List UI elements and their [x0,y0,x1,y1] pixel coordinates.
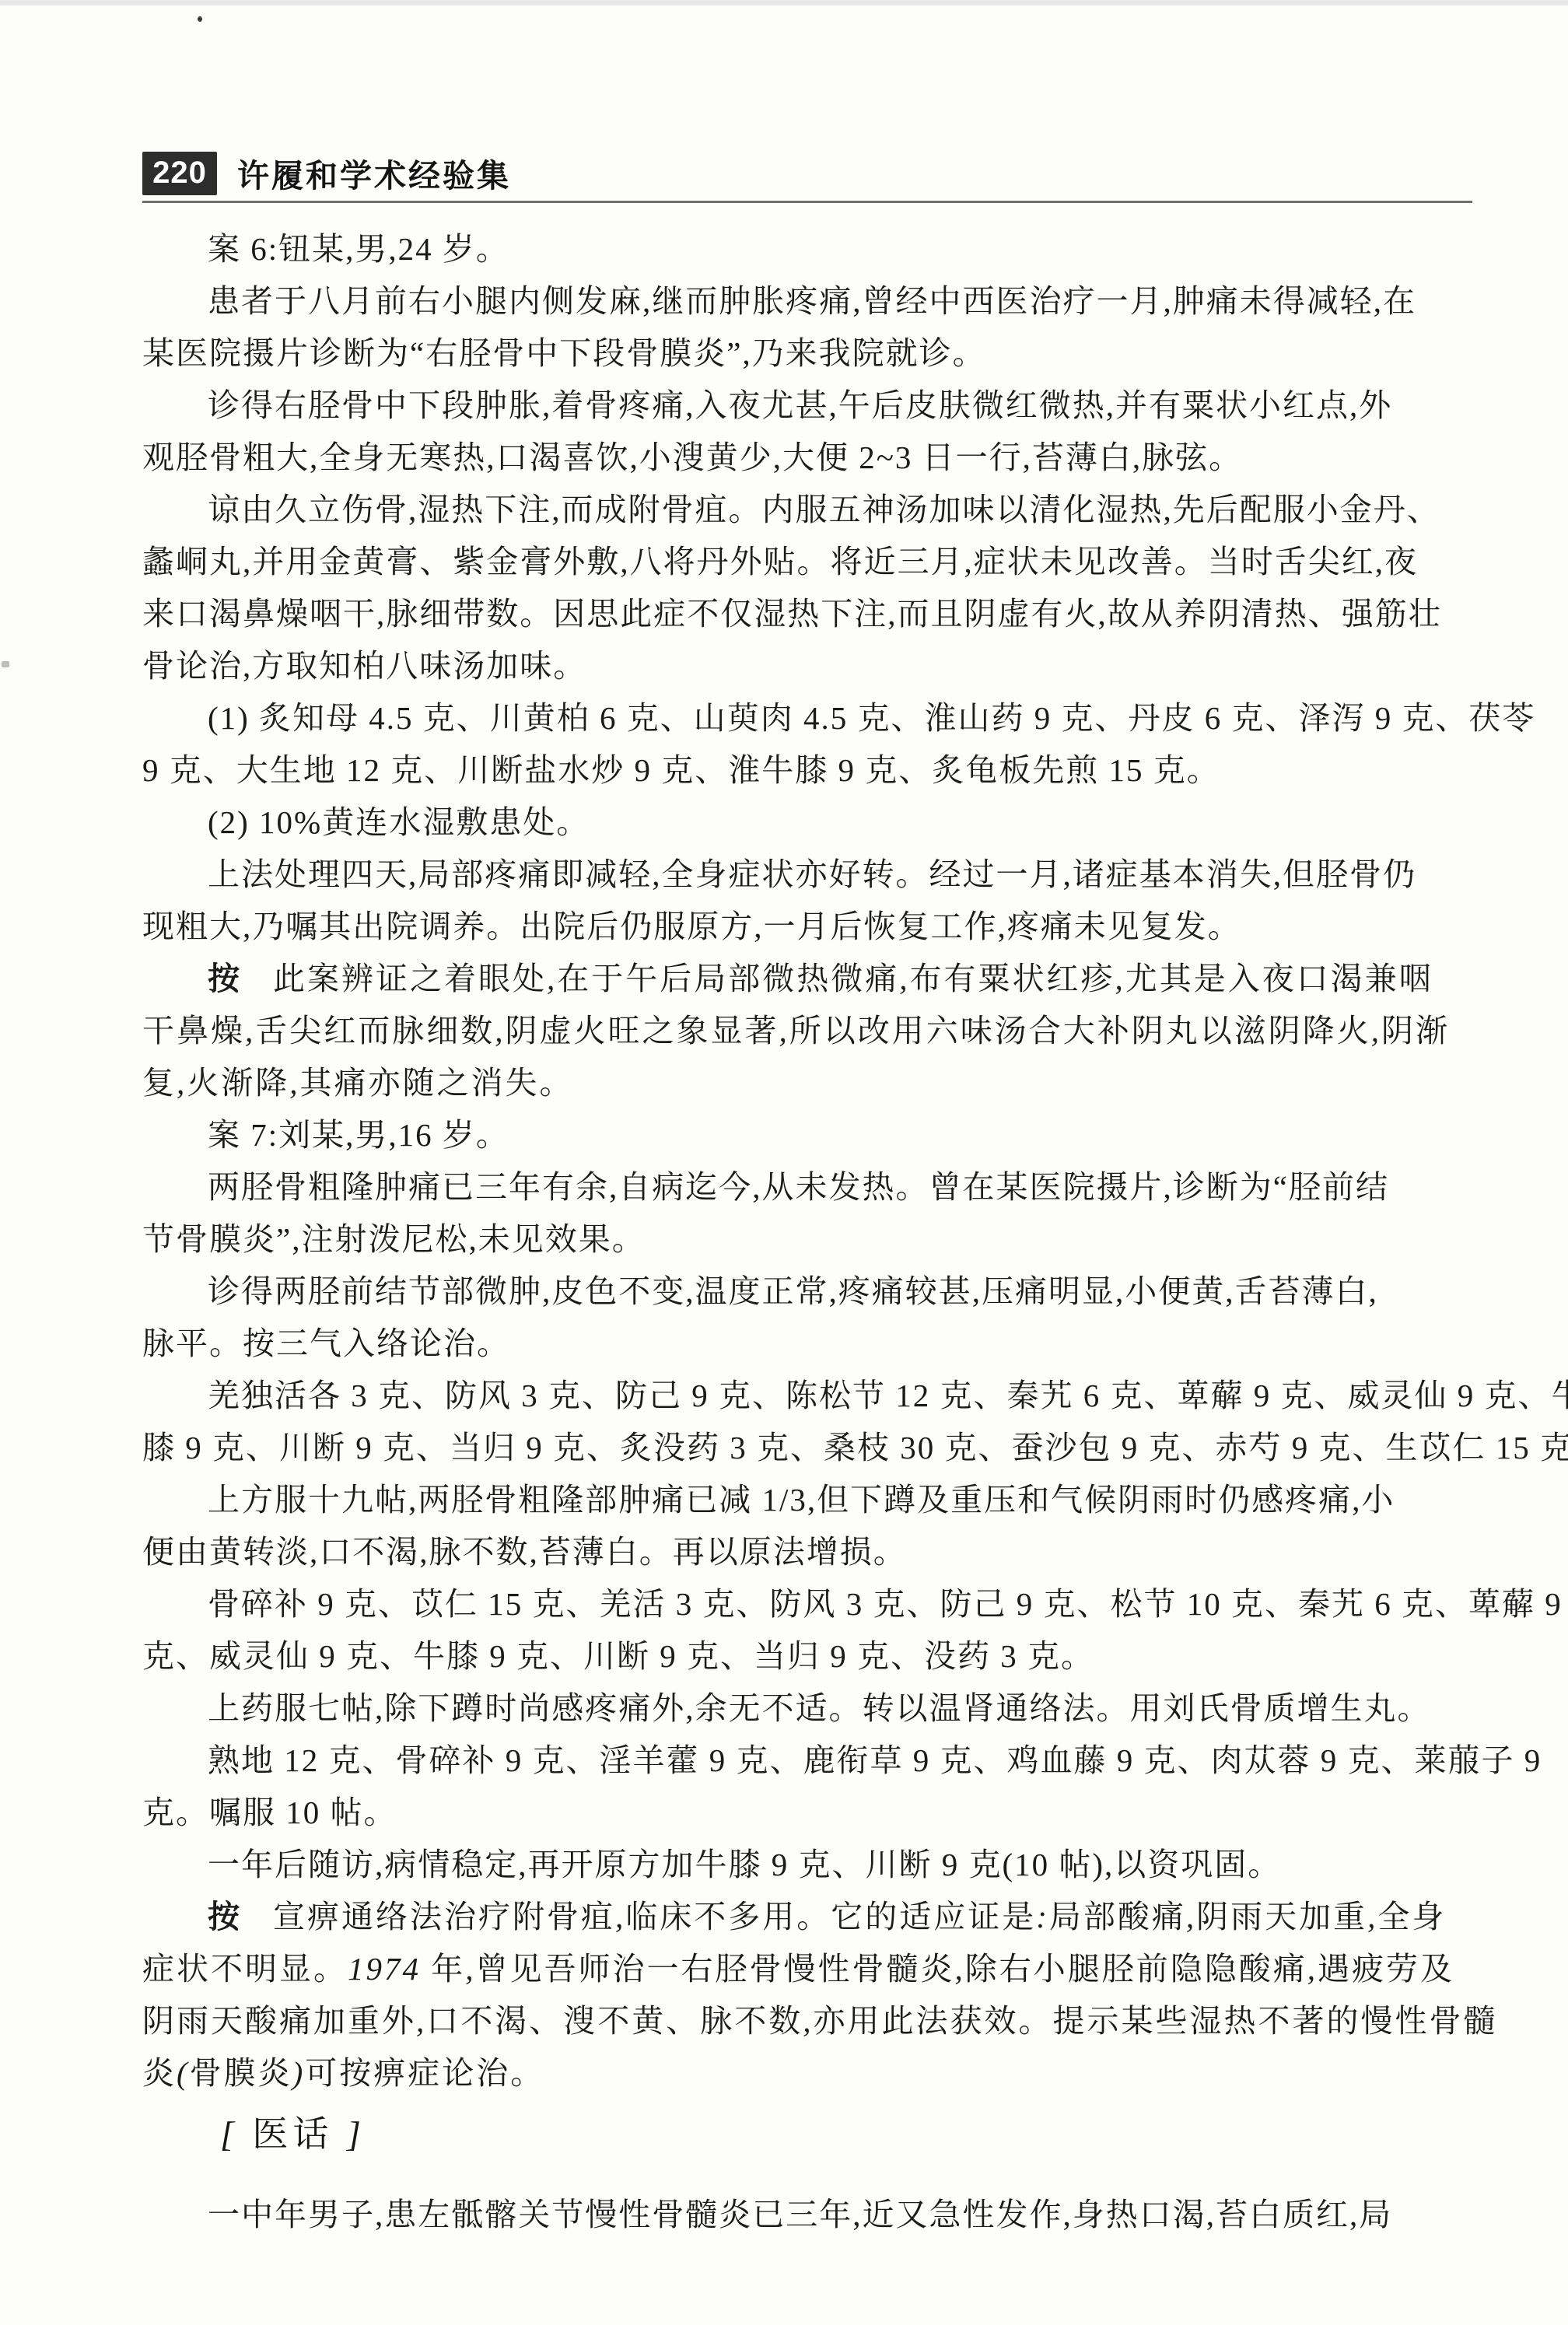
text-line: 上药服七帖,除下蹲时尚感疼痛外,余无不适。转以温肾通络法。用刘氏骨质增生丸。 [142,1682,1474,1735]
text-line: 克、威灵仙 9 克、牛膝 9 克、川断 9 克、当归 9 克、没药 3 克。 [142,1630,1474,1682]
ink-dot-artifact [198,16,202,22]
text-line: 案 7:刘某,男,16 岁。 [142,1109,1474,1161]
text-line-content: 膝 9 克、川断 9 克、当归 9 克、炙没药 3 克、桑枝 30 克、蚕沙包 … [142,1430,1568,1465]
text-line-content: 患者于八月前右小腿内侧发麻,继而肿胀疼痛,曾经中西医治疗一月,肿痛未得减轻,在 [208,283,1416,319]
annotation-lead-char: 按 [208,961,242,996]
text-line-content: 上方服十九帖,两胫骨粗隆部肿痛已减 1/3,但下蹲及重压和气候阴雨时仍感疼痛,小 [208,1482,1395,1518]
text-line-content: 克。嘱服 10 帖。 [142,1795,397,1830]
text-line-content: 熟地 12 克、骨碎补 9 克、淫羊藿 9 克、鹿衔草 9 克、鸡血藤 9 克、… [208,1742,1542,1778]
text-line: 按宣痹通络法治疗附骨疽,临床不多用。它的适应证是:局部酸痛,阴雨天加重,全身 [142,1891,1474,1943]
book-title: 许履和学术经验集 [237,150,511,196]
text-line: (2) 10%黄连水湿敷患处。 [142,797,1474,849]
text-line-content: 宣痹通络法治疗附骨疽,临床不多用。它的适应证是:局部酸痛,阴雨天加重,全身 [273,1899,1446,1935]
text-line: 便由黄转淡,口不渴,脉不数,苔薄白。再以原法增损。 [142,1526,1474,1578]
text-line: 某医院摄片诊断为“右胫骨中下段骨膜炎”,乃来我院就诊。 [142,327,1474,380]
text-line-content: 来口渴鼻燥咽干,脉细带数。因思此症不仅湿热下注,而且阴虚有火,故从养阴清热、强筋… [142,596,1442,632]
margin-speck-artifact [2,661,9,667]
text-line-content: 一年后随访,病情稳定,再开原方加牛膝 9 克、川断 9 克(10 帖),以资巩固… [208,1847,1281,1882]
text-line: 克。嘱服 10 帖。 [142,1787,1474,1839]
text-line-content: 症状不明显。1974 年,曾见吾师治一右胫骨慢性骨髓炎,除右小腿胫前隐隐酸痛,遇… [142,1951,1454,1987]
text-line: 阴雨天酸痛加重外,口不渴、溲不黄、脉不数,亦用此法获效。提示某些湿热不著的慢性骨… [142,1995,1474,2047]
text-line-content: 诊得两胫前结节部微肿,皮色不变,温度正常,疼痛较甚,压痛明显,小便黄,舌苔薄白, [208,1273,1378,1309]
text-line-content: 阴雨天酸痛加重外,口不渴、溲不黄、脉不数,亦用此法获效。提示某些湿热不著的慢性骨… [142,2003,1498,2039]
text-line: 骨论治,方取知柏八味汤加味。 [142,640,1474,692]
text-line-content: 骨碎补 9 克、苡仁 15 克、羌活 3 克、防风 3 克、防己 9 克、松节 … [208,1586,1563,1622]
text-line-content: 某医院摄片诊断为“右胫骨中下段骨膜炎”,乃来我院就诊。 [142,335,986,371]
text-line: 谅由久立伤骨,湿热下注,而成附骨疽。内服五神汤加味以清化湿热,先后配服小金丹、 [142,484,1474,536]
text-line-content: 节骨膜炎”,注射泼尼松,未见效果。 [142,1221,646,1257]
text-line: 一年后随访,病情稳定,再开原方加牛膝 9 克、川断 9 克(10 帖),以资巩固… [142,1839,1474,1891]
text-line-content: 骨论治,方取知柏八味汤加味。 [142,648,586,684]
annotation-lead-char: 按 [208,1899,242,1935]
case-text-block: 案 6:钮某,男,24 岁。 患者于八月前右小腿内侧发麻,继而肿胀疼痛,曾经中西… [142,223,1474,2099]
text-line: 诊得右胫骨中下段肿胀,着骨疼痛,入夜尤甚,午后皮肤微红微热,并有粟状小红点,外 [142,380,1474,432]
page-header: 220 许履和学术经验集 [142,150,1472,203]
text-line-content: 炎(骨膜炎)可按痹症论治。 [142,2055,544,2091]
text-line-content: (2) 10%黄连水湿敷患处。 [208,804,590,840]
text-line-content: 9 克、大生地 12 克、川断盐水炒 9 克、淮牛膝 9 克、炙龟板先煎 15 … [142,752,1220,788]
text-line-content: 干鼻燥,舌尖红而脉细数,阴虚火旺之象显著,所以改用六味汤合大补阴丸以滋阴降火,阴… [142,1013,1450,1049]
text-line: 来口渴鼻燥咽干,脉细带数。因思此症不仅湿热下注,而且阴虚有火,故从养阴清热、强筋… [142,588,1474,640]
text-line: 9 克、大生地 12 克、川断盐水炒 9 克、淮牛膝 9 克、炙龟板先煎 15 … [142,744,1474,797]
text-line-content: 克、威灵仙 9 克、牛膝 9 克、川断 9 克、当归 9 克、没药 3 克。 [142,1638,1094,1674]
text-line-content: 上药服七帖,除下蹲时尚感疼痛外,余无不适。转以温肾通络法。用刘氏骨质增生丸。 [208,1690,1431,1726]
closing-paragraph-line: 一中年男子,患左骶髂关节慢性骨髓炎已三年,近又急性发作,身热口渴,苔白质红,局 [142,2189,1472,2241]
text-line: 膝 9 克、川断 9 克、当归 9 克、炙没药 3 克、桑枝 30 克、蚕沙包 … [142,1422,1474,1474]
text-line: 干鼻燥,舌尖红而脉细数,阴虚火旺之象显著,所以改用六味汤合大补阴丸以滋阴降火,阴… [142,1005,1474,1057]
text-line: 案 6:钮某,男,24 岁。 [142,223,1474,275]
text-line: 症状不明显。1974 年,曾见吾师治一右胫骨慢性骨髓炎,除右小腿胫前隐隐酸痛,遇… [142,1943,1474,1995]
text-line: 骨碎补 9 克、苡仁 15 克、羌活 3 克、防风 3 克、防己 9 克、松节 … [142,1578,1474,1630]
text-line-content: (1) 炙知母 4.5 克、川黄柏 6 克、山萸肉 4.5 克、淮山药 9 克、… [208,700,1536,736]
text-line-content: 脉平。按三气入络论治。 [142,1325,510,1361]
text-line-content: 诊得右胫骨中下段肿胀,着骨疼痛,入夜尤甚,午后皮肤微红微热,并有粟状小红点,外 [208,387,1392,423]
text-line: 上方服十九帖,两胫骨粗隆部肿痛已减 1/3,但下蹲及重压和气候阴雨时仍感疼痛,小 [142,1474,1474,1526]
text-line: 观胫骨粗大,全身无寒热,口渴喜饮,小溲黄少,大便 2~3 日一行,苔薄白,脉弦。 [142,432,1474,484]
text-line-content: 上法处理四天,局部疼痛即减轻,全身症状亦好转。经过一月,诸症基本消失,但胫骨仍 [208,856,1416,892]
text-line: 上法处理四天,局部疼痛即减轻,全身症状亦好转。经过一月,诸症基本消失,但胫骨仍 [142,849,1474,901]
text-line: 按此案辨证之着眼处,在于午后局部微热微痛,布有粟状红疹,尤其是入夜口渴兼咽 [142,953,1474,1005]
text-line-content: 谅由久立伤骨,湿热下注,而成附骨疽。内服五神汤加味以清化湿热,先后配服小金丹、 [208,492,1440,527]
scan-top-edge-artifact [0,0,1568,5]
text-line-content: 案 7:刘某,男,16 岁。 [208,1117,509,1153]
text-line-content: 此案辨证之着眼处,在于午后局部微热微痛,布有粟状红疹,尤其是入夜口渴兼咽 [273,961,1433,996]
text-line-content: 复,火渐降,其痛亦随之消失。 [142,1065,574,1101]
text-line-content: 两胫骨粗隆肿痛已三年有余,自病迄今,从未发热。曾在某医院摄片,诊断为“胫前结 [208,1169,1389,1205]
page-number-badge: 220 [142,152,217,195]
text-line: 现粗大,乃嘱其出院调养。出院后仍服原方,一月后恢复工作,疼痛未见复发。 [142,901,1474,953]
text-line-content: 现粗大,乃嘱其出院调养。出院后仍服原方,一月后恢复工作,疼痛未见复发。 [142,909,1241,944]
text-line-content: 蠡峒丸,并用金黄膏、紫金膏外敷,八将丹外贴。将近三月,症状未见改善。当时舌尖红,… [142,544,1418,579]
section-heading: [ 医话 ] [142,2110,1472,2159]
text-line: 两胫骨粗隆肿痛已三年有余,自病迄今,从未发热。曾在某医院摄片,诊断为“胫前结 [142,1161,1474,1213]
text-line: 患者于八月前右小腿内侧发麻,继而肿胀疼痛,曾经中西医治疗一月,肿痛未得减轻,在 [142,275,1474,327]
text-line: 熟地 12 克、骨碎补 9 克、淫羊藿 9 克、鹿衔草 9 克、鸡血藤 9 克、… [142,1735,1474,1787]
header-rule [142,201,1472,203]
text-line-content: 观胫骨粗大,全身无寒热,口渴喜饮,小溲黄少,大便 2~3 日一行,苔薄白,脉弦。 [142,439,1242,475]
text-line: 羌独活各 3 克、防风 3 克、防己 9 克、陈松节 12 克、秦艽 6 克、萆… [142,1370,1474,1422]
text-line: 节骨膜炎”,注射泼尼松,未见效果。 [142,1213,1474,1266]
yihua-section: [ 医话 ] 一中年男子,患左骶髂关节慢性骨髓炎已三年,近又急性发作,身热口渴,… [142,2088,1472,2241]
text-line-content: 便由黄转淡,口不渴,脉不数,苔薄白。再以原法增损。 [142,1534,907,1570]
text-line: 脉平。按三气入络论治。 [142,1318,1474,1370]
text-line-content: 羌独活各 3 克、防风 3 克、防己 9 克、陈松节 12 克、秦艽 6 克、萆… [208,1378,1568,1413]
text-line: 蠡峒丸,并用金黄膏、紫金膏外敷,八将丹外贴。将近三月,症状未见改善。当时舌尖红,… [142,536,1474,588]
text-line: 诊得两胫前结节部微肿,皮色不变,温度正常,疼痛较甚,压痛明显,小便黄,舌苔薄白, [142,1266,1474,1318]
text-line-content: 案 6:钮某,男,24 岁。 [208,231,509,267]
text-line: (1) 炙知母 4.5 克、川黄柏 6 克、山萸肉 4.5 克、淮山药 9 克、… [142,692,1474,744]
text-line: 复,火渐降,其痛亦随之消失。 [142,1057,1474,1109]
